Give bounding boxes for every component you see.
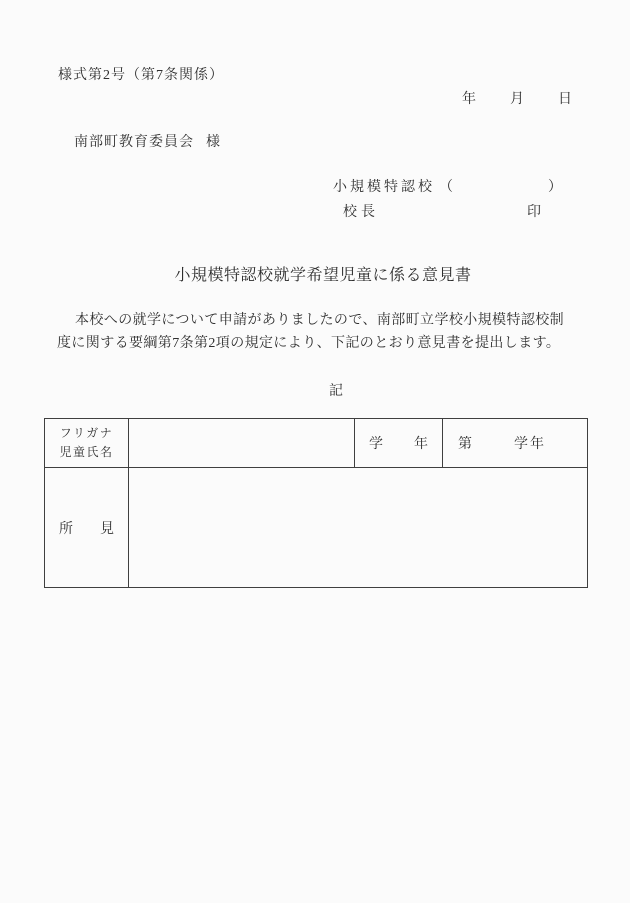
document-title: 小規模特認校就学希望児童に係る意見書 (0, 262, 630, 285)
recipient-line: 南部町教育委員会様 (74, 131, 221, 151)
grade-header-second-char: 年 (414, 433, 428, 453)
document-page: 様式第2号（第7条関係） 年 月 日 南部町教育委員会様 小規模特認校（） 校長… (0, 0, 630, 903)
remarks-first-char: 所 (59, 518, 73, 538)
school-name-line: 小規模特認校（） (333, 176, 565, 196)
name-header-cell: フリガナ 児童氏名 (45, 419, 129, 468)
grade-header-cell: 学 年 (355, 419, 443, 468)
form-number: 様式第2号（第7条関係） (58, 64, 224, 84)
date-month-label: 月 (510, 88, 524, 108)
grade-header-first-char: 学 (369, 433, 383, 453)
recipient-honorific: 様 (206, 135, 221, 150)
grade-suffix: 学年 (514, 433, 546, 453)
seal-mark: 印 (527, 201, 541, 221)
child-name-value-cell (129, 419, 355, 468)
remarks-label-cell: 所 見 (45, 468, 129, 588)
table-row-name-grade: フリガナ 児童氏名 学 年 第 学年 (45, 419, 588, 468)
date-line: 年 月 日 (462, 88, 572, 108)
remarks-second-char: 見 (100, 518, 114, 538)
recipient-name: 南部町教育委員会 (74, 135, 194, 150)
date-year-label: 年 (462, 88, 476, 108)
remarks-value-cell (129, 468, 588, 588)
principal-label: 校長 (343, 201, 379, 221)
school-label: 小規模特認校 (333, 180, 435, 195)
body-line-1: 本校への就学について申請がありましたので、南部町立学校小規模特認校制 (57, 309, 564, 332)
date-day-label: 日 (558, 88, 572, 108)
body-paragraph: 本校への就学について申請がありましたので、南部町立学校小規模特認校制 度に関する… (57, 309, 564, 355)
body-line-2: 度に関する要綱第7条第2項の規定により、下記のとおり意見書を提出します。 (57, 332, 564, 355)
table-row-remarks: 所 見 (45, 468, 588, 588)
record-marker: 記 (0, 380, 630, 400)
paren-close: ） (548, 180, 565, 195)
paren-open: （ (439, 180, 456, 195)
grade-prefix: 第 (458, 433, 472, 453)
grade-value-cell: 第 学年 (443, 419, 588, 468)
furigana-label: フリガナ (45, 424, 128, 443)
child-name-label: 児童氏名 (45, 443, 128, 462)
student-info-table: フリガナ 児童氏名 学 年 第 学年 所 (44, 418, 588, 588)
